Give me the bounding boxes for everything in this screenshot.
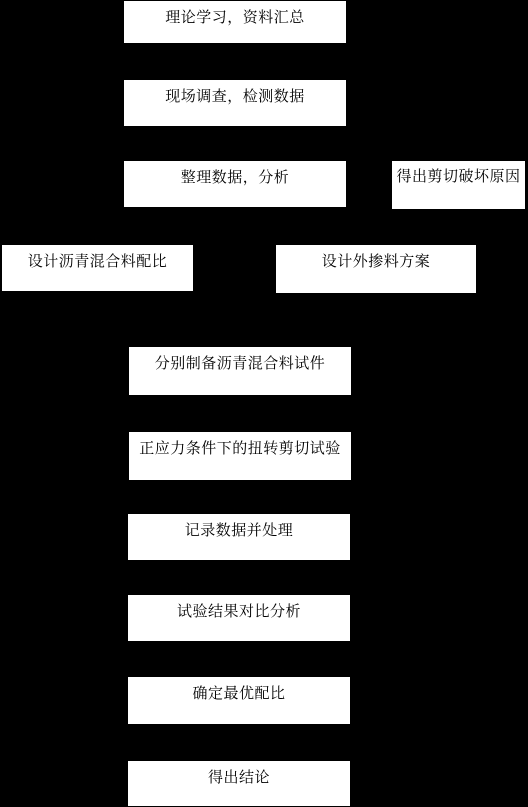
node-label: 正应力条件下的扭转剪切试验 bbox=[139, 441, 341, 457]
node-label: 设计沥青混合料配比 bbox=[28, 254, 168, 270]
node-asphalt-mix-ratio-design: 设计沥青混合料配比 bbox=[2, 245, 193, 291]
node-label: 得出剪切破坏原因 bbox=[396, 169, 520, 185]
node-admixture-plan-design: 设计外掺料方案 bbox=[276, 245, 476, 293]
node-label: 得出结论 bbox=[208, 770, 270, 786]
node-label: 分别制备沥青混合料试件 bbox=[155, 356, 326, 372]
node-specimen-preparation: 分别制备沥青混合料试件 bbox=[129, 347, 351, 395]
node-shear-failure-cause: 得出剪切破坏原因 bbox=[392, 161, 525, 209]
node-optimal-ratio: 确定最优配比 bbox=[128, 677, 350, 724]
node-torsion-shear-test: 正应力条件下的扭转剪切试验 bbox=[129, 432, 351, 480]
node-label: 确定最优配比 bbox=[192, 686, 285, 702]
node-label: 现场调查，检测数据 bbox=[165, 89, 305, 105]
node-label: 理论学习，资料汇总 bbox=[165, 10, 305, 26]
node-label: 设计外掺料方案 bbox=[322, 254, 431, 270]
node-data-recording: 记录数据并处理 bbox=[128, 514, 350, 560]
node-theory-study: 理论学习，资料汇总 bbox=[124, 1, 346, 43]
node-conclusion: 得出结论 bbox=[128, 761, 350, 806]
node-label: 整理数据，分析 bbox=[181, 170, 290, 186]
flowchart-canvas: 理论学习，资料汇总 现场调查，检测数据 整理数据，分析 得出剪切破坏原因 设计沥… bbox=[0, 0, 528, 807]
node-result-comparison: 试验结果对比分析 bbox=[128, 595, 350, 641]
node-field-survey: 现场调查，检测数据 bbox=[124, 80, 346, 126]
node-data-analysis: 整理数据，分析 bbox=[124, 161, 346, 207]
node-label: 记录数据并处理 bbox=[185, 523, 294, 539]
node-label: 试验结果对比分析 bbox=[177, 604, 301, 620]
